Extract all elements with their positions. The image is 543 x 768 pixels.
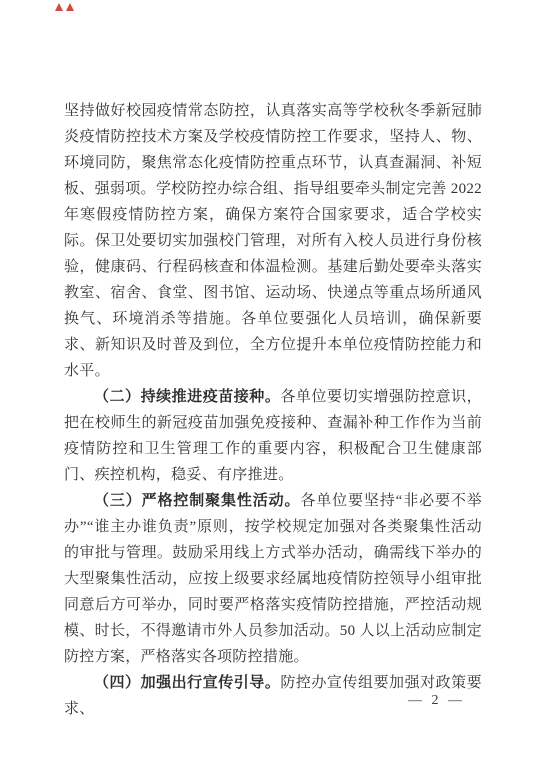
paragraph-heading: （二）持续推进疫苗接种。 bbox=[94, 389, 280, 405]
paragraph-text: 各单位要坚持“非必要不举办”“谁主办谁负责”原则，按学校规定加强对各类聚集性活动… bbox=[64, 493, 482, 665]
page-number: — 2 — bbox=[408, 692, 465, 710]
red-triangle-icon bbox=[55, 3, 63, 11]
paragraph-heading: （四）加强出行宣传引导。 bbox=[94, 675, 280, 691]
paragraph-text: 坚持做好校园疫情常态防控，认真落实高等学校秋冬季新冠肺炎疫情防控技术方案及学校疫… bbox=[64, 103, 482, 379]
document-page: 坚持做好校园疫情常态防控，认真落实高等学校秋冬季新冠肺炎疫情防控技术方案及学校疫… bbox=[0, 0, 543, 768]
red-triangle-icon bbox=[66, 3, 74, 11]
paragraph-continuation: 坚持做好校园疫情常态防控，认真落实高等学校秋冬季新冠肺炎疫情防控技术方案及学校疫… bbox=[64, 98, 482, 384]
paragraph-item-3: （三）严格控制聚集性活动。各单位要坚持“非必要不举办”“谁主办谁负责”原则，按学… bbox=[64, 488, 482, 670]
document-body: 坚持做好校园疫情常态防控，认真落实高等学校秋冬季新冠肺炎疫情防控技术方案及学校疫… bbox=[64, 98, 482, 722]
red-stamp-marks bbox=[55, 3, 74, 11]
paragraph-heading: （三）严格控制聚集性活动。 bbox=[94, 493, 300, 509]
paragraph-item-2: （二）持续推进疫苗接种。各单位要切实增强防控意识，把在校师生的新冠疫苗加强免疫接… bbox=[64, 384, 482, 488]
